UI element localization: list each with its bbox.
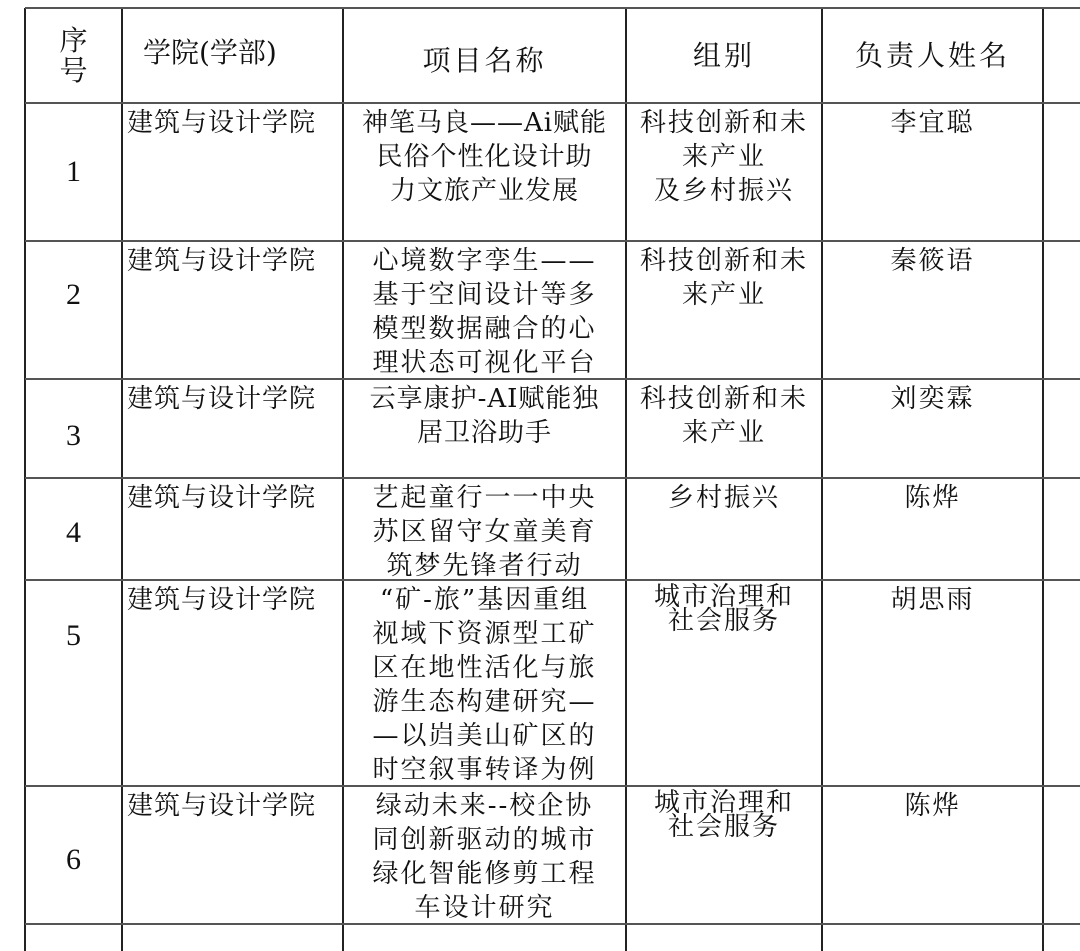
row-6-leader: 陈烨 bbox=[823, 787, 1042, 923]
row-1-project: 神笔马良——Ai赋能 民俗个性化设计助 力文旅产业发展 bbox=[344, 104, 625, 240]
row-6-group: 城市治理和 社会服务 bbox=[627, 787, 821, 923]
row-6-college: 建筑与设计学院 bbox=[123, 787, 342, 923]
row-2-project: 心境数字孪生—— 基于空间设计等多 模型数据融合的心 理状态可视化平台 bbox=[344, 242, 625, 378]
row-3-leader: 刘奕霖 bbox=[823, 380, 1042, 477]
row-2-college: 建筑与设计学院 bbox=[123, 242, 342, 378]
row-5-group: 城市治理和 社会服务 bbox=[627, 581, 821, 785]
row-3-college: 建筑与设计学院 bbox=[123, 380, 342, 477]
header-seq: 序 号 bbox=[26, 9, 121, 102]
row-2-seq: 2 bbox=[26, 242, 121, 378]
row-5-project: “矿-旅”基因重组 视域下资源型工矿 区在地性活化与旅 游生态构建研究— —以岿… bbox=[344, 581, 625, 785]
row-1-seq: 1 bbox=[26, 104, 121, 240]
row-1-leader: 李宜聪 bbox=[823, 104, 1042, 240]
row-1-college: 建筑与设计学院 bbox=[123, 104, 342, 240]
row-5-college: 建筑与设计学院 bbox=[123, 581, 342, 785]
row-6-seq: 6 bbox=[26, 787, 121, 923]
row-4-project: 艺起童行一一中央 苏区留守女童美育 筑梦先锋者行动 bbox=[344, 479, 625, 579]
project-table: 序 号 学院(学部) 项目名称 组别 负责人姓名 1 建筑与设计学院 神笔马良—… bbox=[0, 0, 1080, 951]
header-group: 组别 bbox=[627, 9, 821, 102]
row-1-group: 科技创新和未 来产业 及乡村振兴 bbox=[627, 104, 821, 240]
row-2-group: 科技创新和未 来产业 bbox=[627, 242, 821, 378]
row-3-group: 科技创新和未 来产业 bbox=[627, 380, 821, 477]
header-seq-line2: 号 bbox=[59, 56, 87, 86]
row-5-seq: 5 bbox=[26, 581, 121, 785]
row-5-leader: 胡思雨 bbox=[823, 581, 1042, 785]
header-seq-line1: 序 bbox=[59, 26, 87, 56]
row-4-seq: 4 bbox=[26, 479, 121, 579]
row-3-seq: 3 bbox=[26, 380, 121, 477]
row-3-project: 云享康护-AI赋能独 居卫浴助手 bbox=[344, 380, 625, 477]
row-2-leader: 秦筱语 bbox=[823, 242, 1042, 378]
header-leader: 负责人姓名 bbox=[823, 9, 1042, 102]
column-divider bbox=[1042, 8, 1044, 951]
row-4-leader: 陈烨 bbox=[823, 479, 1042, 579]
header-project: 项目名称 bbox=[344, 9, 625, 102]
row-6-project: 绿动未来--校企协 同创新驱动的城市 绿化智能修剪工程 车设计研究 bbox=[344, 787, 625, 923]
row-4-college: 建筑与设计学院 bbox=[123, 479, 342, 579]
row-4-group: 乡村振兴 bbox=[627, 479, 821, 579]
header-college: 学院(学部) bbox=[123, 9, 342, 102]
